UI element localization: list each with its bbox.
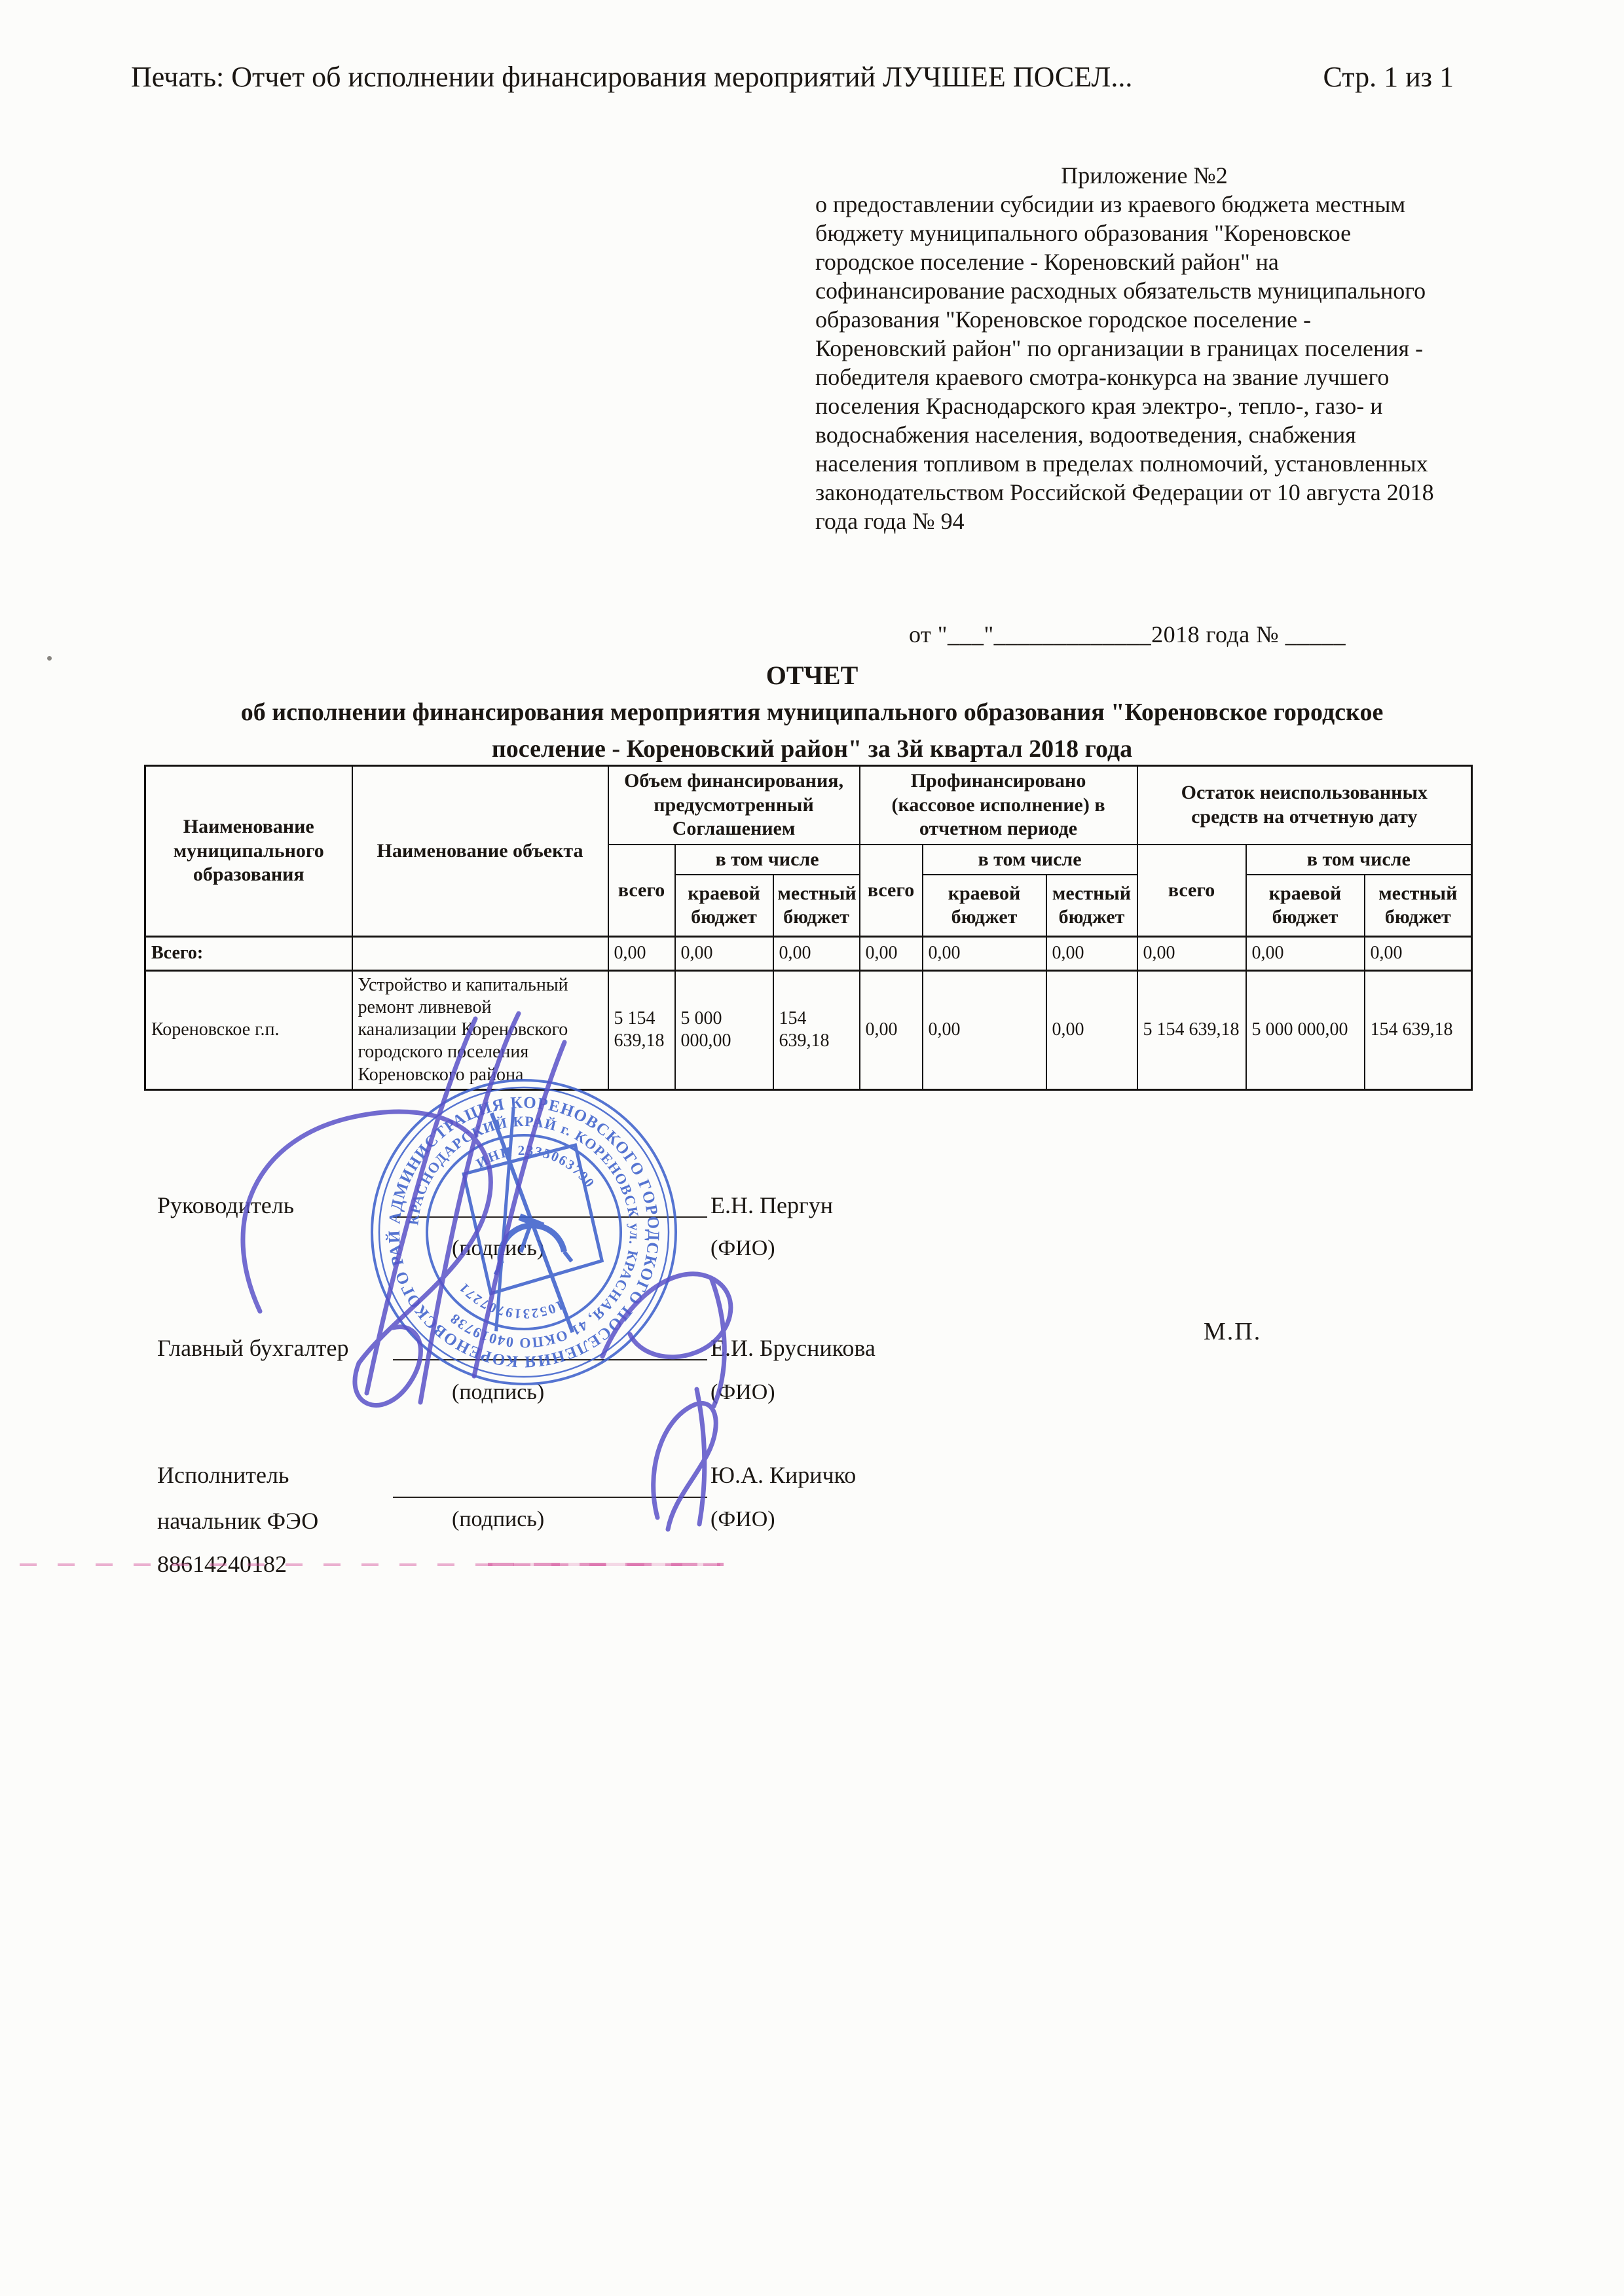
header-including-1: в том числе: [675, 845, 860, 875]
data-municipality: Кореновское г.п.: [145, 970, 352, 1089]
stamp-middle-ring-text: КРАСНОДАРСКИЙ КРАЙ г. КОРЕНОВСК ул. КРАС…: [405, 1113, 643, 1351]
data-value-7: 5 000 000,00: [1246, 970, 1365, 1089]
data-value-5: 0,00: [1046, 970, 1137, 1089]
header-including-3: в том числе: [1246, 845, 1472, 875]
stamp-ogrn-text: 1052319707271: [455, 1279, 566, 1322]
total-value-5: 0,00: [1046, 936, 1137, 970]
stamp-emblem: [458, 1101, 610, 1342]
annex-title: Приложение №2: [815, 161, 1473, 190]
handwritten-signatures: [243, 1013, 731, 1529]
header-local-1: местный бюджет: [773, 875, 860, 936]
report-subtitle-line1: об исполнении финансирования мероприятия…: [0, 698, 1624, 727]
header-including-2: в том числе: [923, 845, 1137, 875]
stamp-emblem-pole: [492, 1107, 573, 1338]
total-value-2: 0,00: [773, 936, 860, 970]
total-value-7: 0,00: [1246, 936, 1365, 970]
header-group-remainder: Остаток неиспользованных средств на отче…: [1137, 766, 1472, 845]
signature-sign-label-executor: (подпись): [452, 1507, 544, 1532]
signature-role-head: Руководитель: [157, 1192, 294, 1219]
header-total-3: всего: [1137, 845, 1246, 937]
header-local-3: местный бюджет: [1365, 875, 1472, 936]
header-regional-3: краевой бюджет: [1246, 875, 1365, 936]
data-row: Кореновское г.п. Устройство и капитальны…: [145, 970, 1472, 1089]
scan-artifact-pink-line-strong: [488, 1563, 724, 1566]
head-signature-stroke: [355, 1327, 420, 1406]
header-group-volume: Объем финансирования, предусмотренный Со…: [608, 766, 860, 845]
total-value-6: 0,00: [1137, 936, 1246, 970]
print-header: Печать: Отчет об исполнении финансирован…: [131, 60, 1454, 94]
header-local-2: местный бюджет: [1046, 875, 1137, 936]
signature-sign-label-accountant: (подпись): [452, 1380, 544, 1405]
annex-body: о предоставлении субсидии из краевого бю…: [815, 190, 1473, 536]
header-total-1: всего: [608, 845, 675, 937]
stamp-emblem-pennant: [462, 1144, 604, 1295]
data-value-0: 5 154 639,18: [608, 970, 675, 1089]
signature-name-head: Е.Н. Пергун: [710, 1192, 833, 1219]
header-object: Наименование объекта: [352, 766, 608, 937]
signature-fio-label-accountant: (ФИО): [710, 1380, 775, 1405]
executor-signature-stroke: [654, 1403, 716, 1529]
report-subtitle-line2: поселение - Кореновский район" за 3й ква…: [0, 735, 1624, 763]
report-title: ОТЧЕТ: [0, 660, 1624, 691]
signature-role-executor: Исполнитель: [157, 1461, 289, 1489]
scanned-report-page: Печать: Отчет об исполнении финансирован…: [0, 0, 1624, 2296]
signature-fio-label-head: (ФИО): [710, 1236, 775, 1261]
signature-name-accountant: Е.И. Брусникова: [710, 1334, 876, 1362]
total-value-1: 0,00: [675, 936, 773, 970]
signature-line-head: [393, 1216, 707, 1218]
data-value-1: 5 000 000,00: [675, 970, 773, 1089]
data-value-2: 154 639,18: [773, 970, 860, 1089]
annex-block: Приложение №2 о предоставлении субсидии …: [815, 161, 1473, 536]
signature-sign-label-head: (подпись): [452, 1236, 544, 1261]
signature-name-executor: Ю.А. Киричко: [710, 1461, 856, 1489]
finance-table-container: Наименование муниципального образования …: [144, 765, 1473, 1091]
head-signature-stroke: [474, 1042, 564, 1376]
signature-line-executor: [393, 1497, 707, 1498]
header-regional-2: краевой бюджет: [923, 875, 1046, 936]
stamp-inner-circle: [427, 1135, 621, 1329]
header-group-financed: Профинансировано (кассовое исполнение) в…: [860, 766, 1137, 845]
stamp-outer-circle: [372, 1080, 676, 1384]
signature-role2-executor: начальник ФЭО: [157, 1507, 318, 1535]
date-line: от "___"_____________2018 года № _____: [909, 621, 1346, 648]
total-value-8: 0,00: [1365, 936, 1472, 970]
executor-signature-stroke: [697, 1389, 705, 1524]
data-value-6: 5 154 639,18: [1137, 970, 1246, 1089]
data-object: Устройство и капитальный ремонт ливневой…: [352, 970, 608, 1089]
data-value-3: 0,00: [860, 970, 923, 1089]
header-total-2: всего: [860, 845, 923, 937]
total-value-3: 0,00: [860, 936, 923, 970]
round-stamp: АДМИНИСТРАЦИЯ КОРЕНОВСКОГО ГОРОДСКОГО ПО…: [0, 0, 676, 1384]
total-row-label: Всего:: [145, 936, 352, 970]
finance-table: Наименование муниципального образования …: [144, 765, 1473, 1091]
signature-fio-label-executor: (ФИО): [710, 1507, 775, 1532]
stamp-emblem-pole-2: [473, 1108, 536, 1332]
header-municipality: Наименование муниципального образования: [145, 766, 352, 937]
stamp-outer-circle-2: [379, 1087, 669, 1377]
total-value-4: 0,00: [923, 936, 1046, 970]
print-header-title: Печать: Отчет об исполнении финансирован…: [131, 60, 1132, 94]
total-row: Всего: 0,00 0,00 0,00 0,00 0,00 0,00 0,0…: [145, 936, 1472, 970]
scan-artifact-dot: [47, 656, 52, 661]
data-value-4: 0,00: [923, 970, 1046, 1089]
total-value-0: 0,00: [608, 936, 675, 970]
mp-seal-label: М.П.: [1204, 1317, 1261, 1346]
header-regional-1: краевой бюджет: [675, 875, 773, 936]
stamp-inn-text: ИНН 2335063790: [473, 1142, 598, 1192]
signature-role-accountant: Главный бухгалтер: [157, 1334, 348, 1362]
data-value-8: 154 639,18: [1365, 970, 1472, 1089]
print-header-page-number: Стр. 1 из 1: [1323, 60, 1454, 94]
total-row-object-empty: [352, 936, 608, 970]
signature-line-accountant: [393, 1359, 707, 1360]
